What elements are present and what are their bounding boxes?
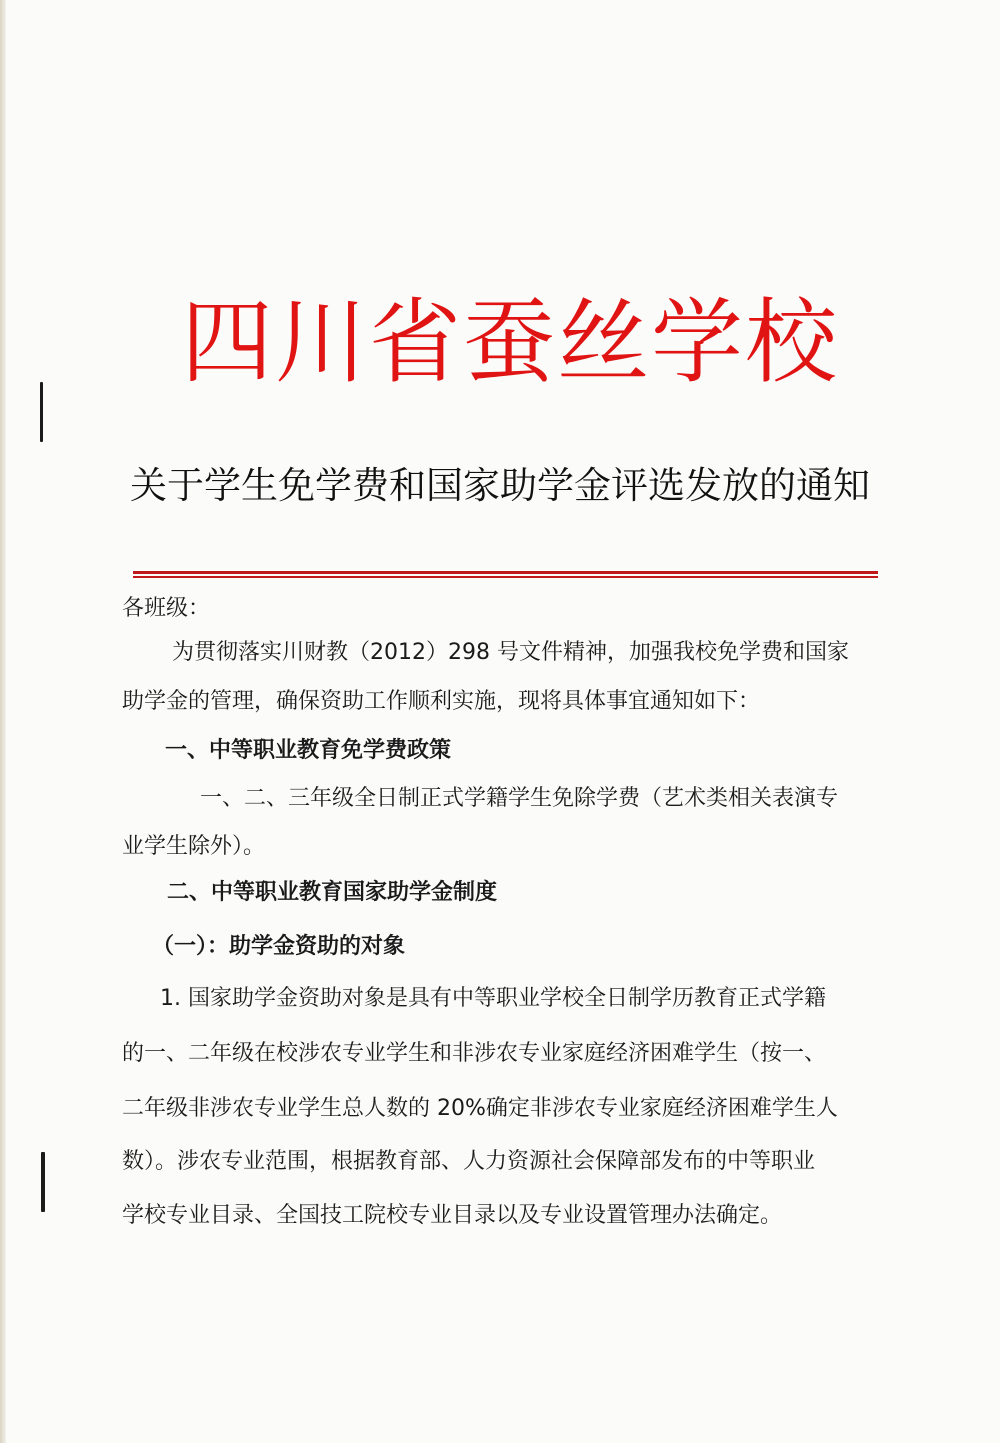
paragraph-line: 一、二、三年级全日制正式学籍学生免除学费（艺术类相关表演专 [200,783,960,815]
paragraph-line: 1. 国家助学金资助对象是具有中等职业学校全日制学历教育正式学籍 [160,983,920,1015]
salutation: 各班级： [122,593,882,625]
page-edge [0,0,6,1443]
section-heading: 二、中等职业教育国家助学金制度 [167,877,927,909]
binding-mark [41,1152,45,1212]
paragraph-line: 的一、二年级在校涉农专业学生和非涉农专业家庭经济困难学生（按一、 [122,1038,882,1070]
paragraph-line: 学校专业目录、全国技工院校专业目录以及专业设置管理办法确定。 [122,1200,882,1232]
school-letterhead: 四川省蚕丝学校 [180,288,840,398]
paragraph-line: 二年级非涉农专业学生总人数的 20%确定非涉农专业家庭经济困难学生人 [122,1093,882,1125]
paragraph-line: 助学金的管理，确保资助工作顺利实施，现将具体事宜通知如下： [122,686,882,718]
paragraph-line: 数）。涉农专业范围，根据教育部、人力资源社会保障部发布的中等职业 [122,1146,882,1178]
paragraph-line: 为贯彻落实川财教（2012）298 号文件精神，加强我校免学费和国家 [172,637,932,669]
paragraph-line: 业学生除外）。 [122,831,882,863]
section-heading: 一、中等职业教育免学费政策 [165,735,925,767]
binding-mark [40,382,43,442]
red-divider-rule [133,571,878,578]
document-title: 关于学生免学费和国家助学金评选发放的通知 [120,458,880,514]
subsection-heading: （一）：助学金资助的对象 [152,931,912,963]
